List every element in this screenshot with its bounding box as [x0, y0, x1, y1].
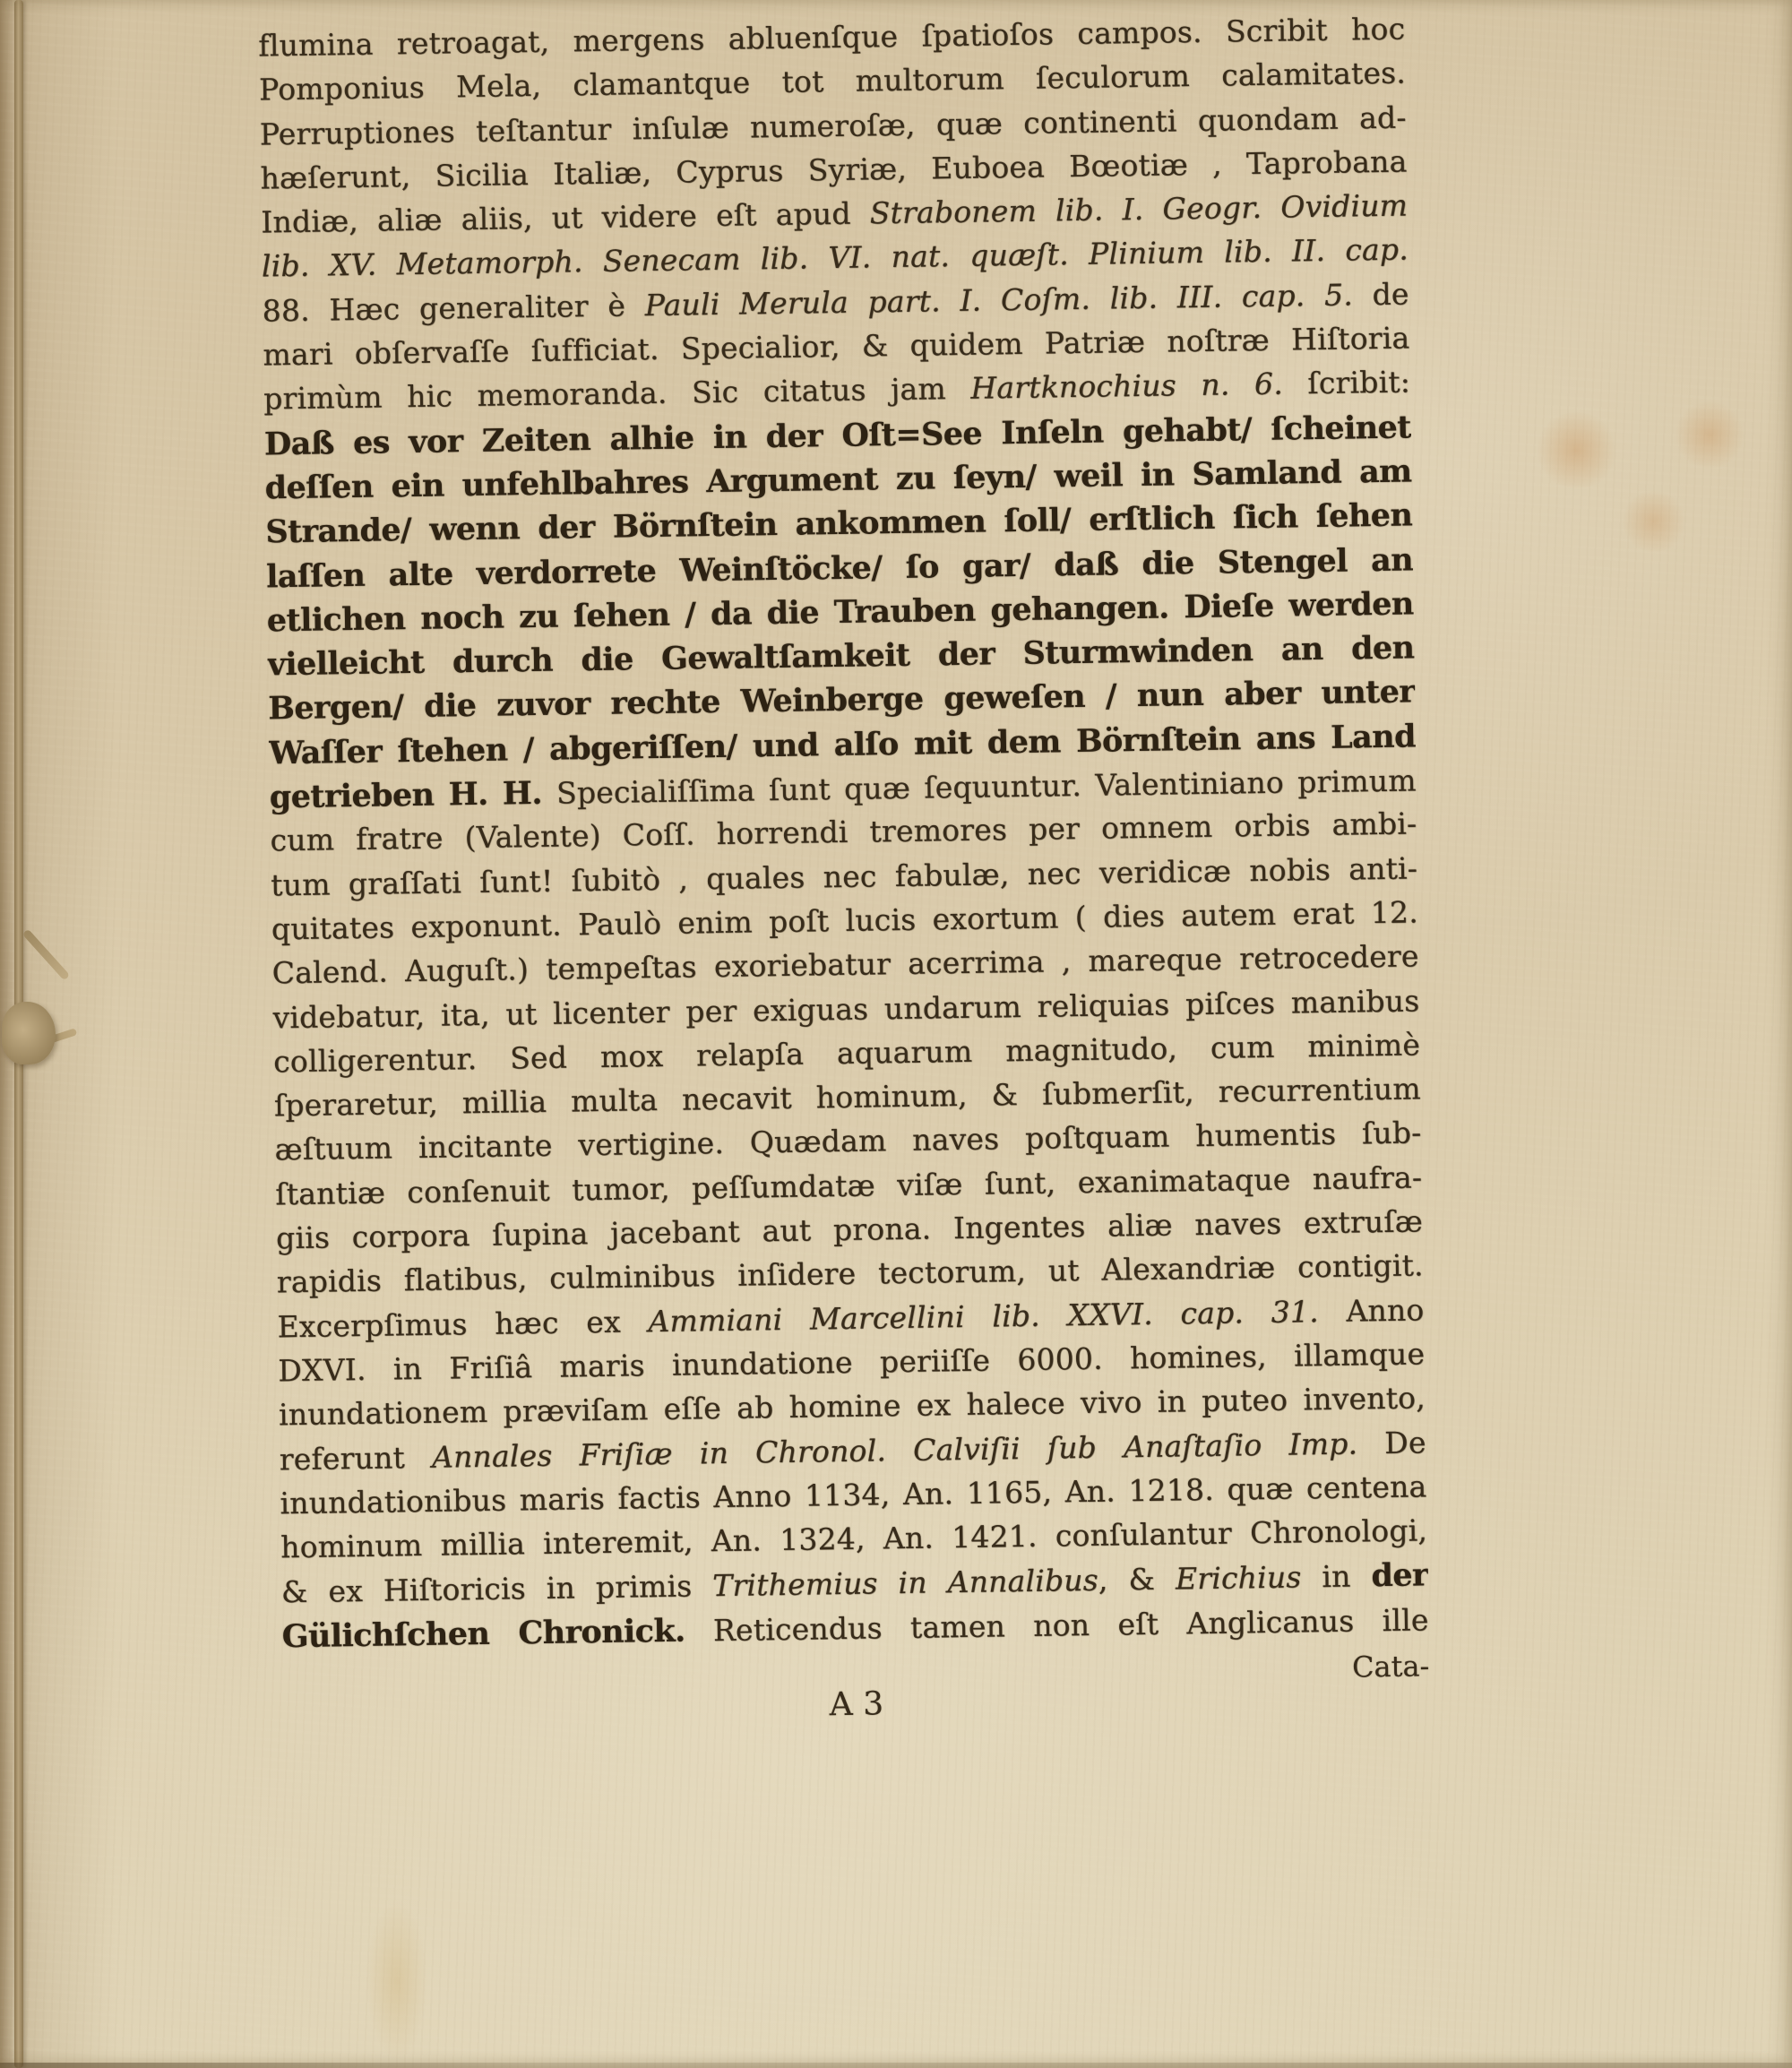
foxing-spot [1534, 412, 1619, 488]
text-segment-roman: 88. Hæc generaliter è [262, 288, 645, 328]
text-segment-roman: Anno [1318, 1292, 1424, 1329]
text-segment-roman: De [1357, 1425, 1426, 1461]
text-segment-roman: de [1353, 276, 1409, 312]
text-segment-roman: , & [1098, 1562, 1176, 1598]
text-segment-roman: & ex Hiſtoricis in primis [281, 1569, 713, 1610]
signature-row: Cata- A 3 [282, 1645, 1431, 1788]
text-segment-roman: in [1301, 1559, 1372, 1595]
scanned-book-page: flumina retroagat, mergens abluenſque ſp… [0, 0, 1792, 2068]
paper-stain [366, 1900, 428, 2061]
gathering-signature: A 3 [283, 1677, 1430, 1731]
text-segment-fraktur: Gülichſchen Chronick. [281, 1612, 685, 1655]
foxing-spot [1620, 491, 1687, 552]
text-segment-roman: referunt [279, 1439, 432, 1477]
text-segment-roman: flumina retroagat, mergens abluenſque ſp… [258, 12, 1405, 64]
text-segment-italic: Trithemius in Annalibus [712, 1563, 1098, 1603]
binding-cord-strand [22, 928, 71, 980]
text-segment-roman: ſcribit: [1283, 365, 1411, 401]
binding-cord-knot [2, 1002, 56, 1064]
page-bottom-edge-shadow [0, 2063, 1792, 2068]
text-segment-fraktur: getrieben H. H. [270, 775, 557, 816]
text-segment-italic: Erichius [1176, 1560, 1302, 1597]
text-segment-roman: Excerpſimus hæc ex [277, 1304, 648, 1344]
text-segment-italic: Hartknochius n. 6. [970, 366, 1283, 406]
text-lines-container: flumina retroagat, mergens abluenſque ſp… [258, 12, 1429, 1663]
foxing-spot [1674, 401, 1745, 469]
text-block: flumina retroagat, mergens abluenſque ſp… [258, 12, 1431, 1788]
text-segment-italic: Strabonem lib. I. Geogr. Ovidium [869, 188, 1408, 231]
text-segment-fraktur: der [1371, 1557, 1428, 1595]
